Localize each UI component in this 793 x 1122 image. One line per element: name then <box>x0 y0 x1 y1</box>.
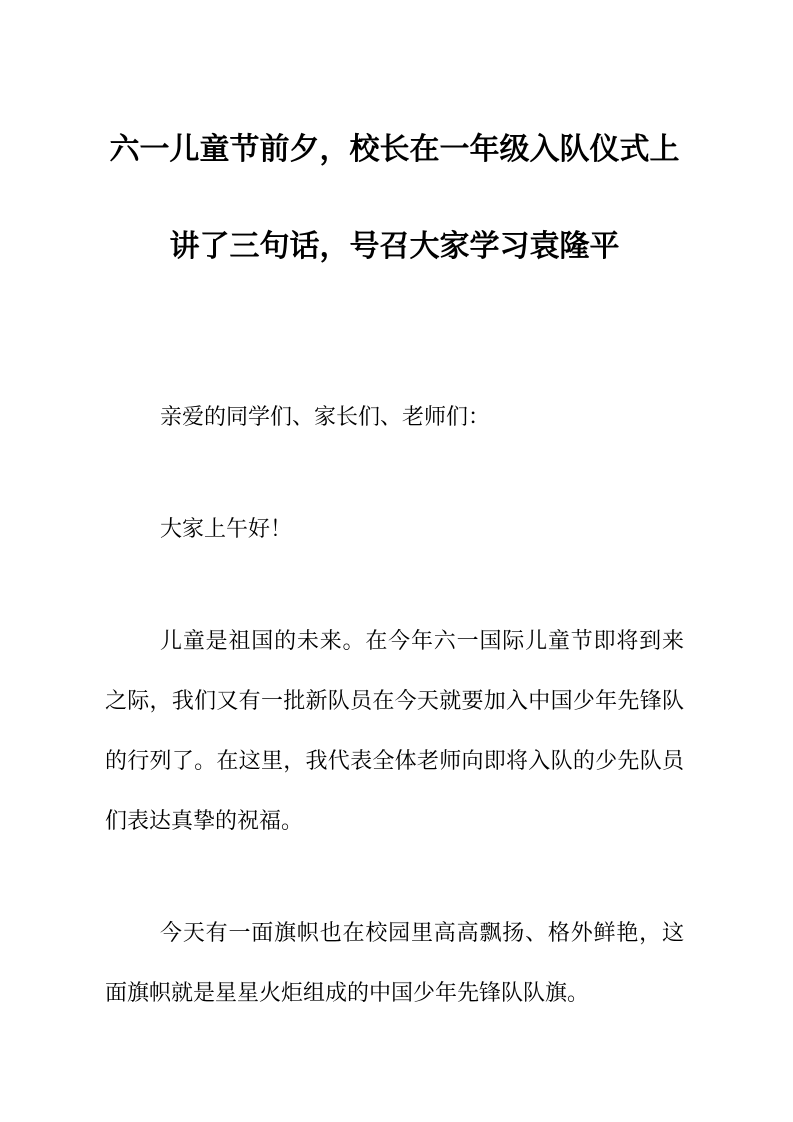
paragraph-greeting: 大家上午好！ <box>105 500 684 560</box>
paragraph-body-1: 儿童是祖国的未来。在今年六一国际儿童节即将到来之际，我们又有一批新队员在今天就要… <box>105 612 684 852</box>
document-title-line-2: 讲了三句话，号召大家学习袁隆平 <box>105 198 684 295</box>
paragraph-body-2: 今天有一面旗帜也在校园里高高飘扬、格外鲜艳，这面旗帜就是星星火炬组成的中国少年先… <box>105 904 684 1024</box>
document-title-line-1: 六一儿童节前夕，校长在一年级入队仪式上 <box>105 101 684 198</box>
document-content: 六一儿童节前夕，校长在一年级入队仪式上 讲了三句话，号召大家学习袁隆平 亲爱的同… <box>0 0 793 1024</box>
document-title: 六一儿童节前夕，校长在一年级入队仪式上 讲了三句话，号召大家学习袁隆平 <box>105 0 684 388</box>
paragraph-salutation: 亲爱的同学们、家长们、老师们： <box>105 388 684 448</box>
document-page: 六一儿童节前夕，校长在一年级入队仪式上 讲了三句话，号召大家学习袁隆平 亲爱的同… <box>0 0 793 1122</box>
